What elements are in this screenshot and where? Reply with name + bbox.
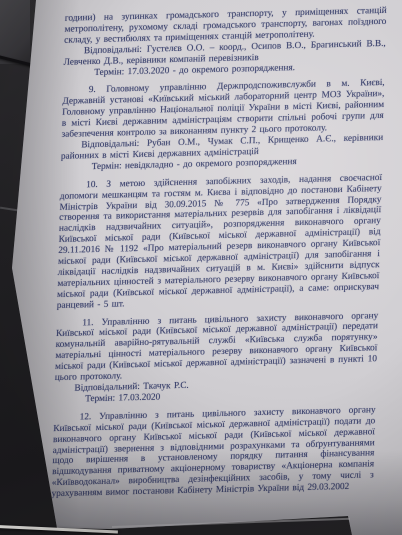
paragraph-body: 9. Головному управлінню Держпродспоживсл…	[61, 78, 384, 140]
document-page: години) на зупинках громадського транспо…	[0, 0, 402, 535]
paragraph-block-12: 12. Управлінню з питань цивільного захис…	[51, 405, 375, 500]
background-surface-streak	[0, 207, 18, 212]
paragraph-block-9: 9. Головному управлінню Держпродспоживсл…	[60, 78, 384, 173]
paragraph-body: 12. Управлінню з питань цивільного захис…	[51, 405, 375, 500]
photo-scene: години) на зупинках громадського транспо…	[0, 0, 402, 535]
paragraph-body: 10. З метою здійснення запобіжних заході…	[57, 173, 383, 312]
background-surface-patch	[0, 0, 30, 64]
paragraph-block-continuation: години) на зупинках громадського транспо…	[63, 6, 387, 79]
paragraph-body: 11. Управлінню з питань цивільного захис…	[55, 311, 379, 384]
paragraph-block-10: 10. З метою здійснення запобіжних заході…	[57, 173, 383, 312]
paragraph-block-11: 11. Управлінню з питань цивільного захис…	[54, 311, 378, 406]
document-text: години) на зупинках громадського транспо…	[51, 6, 387, 507]
